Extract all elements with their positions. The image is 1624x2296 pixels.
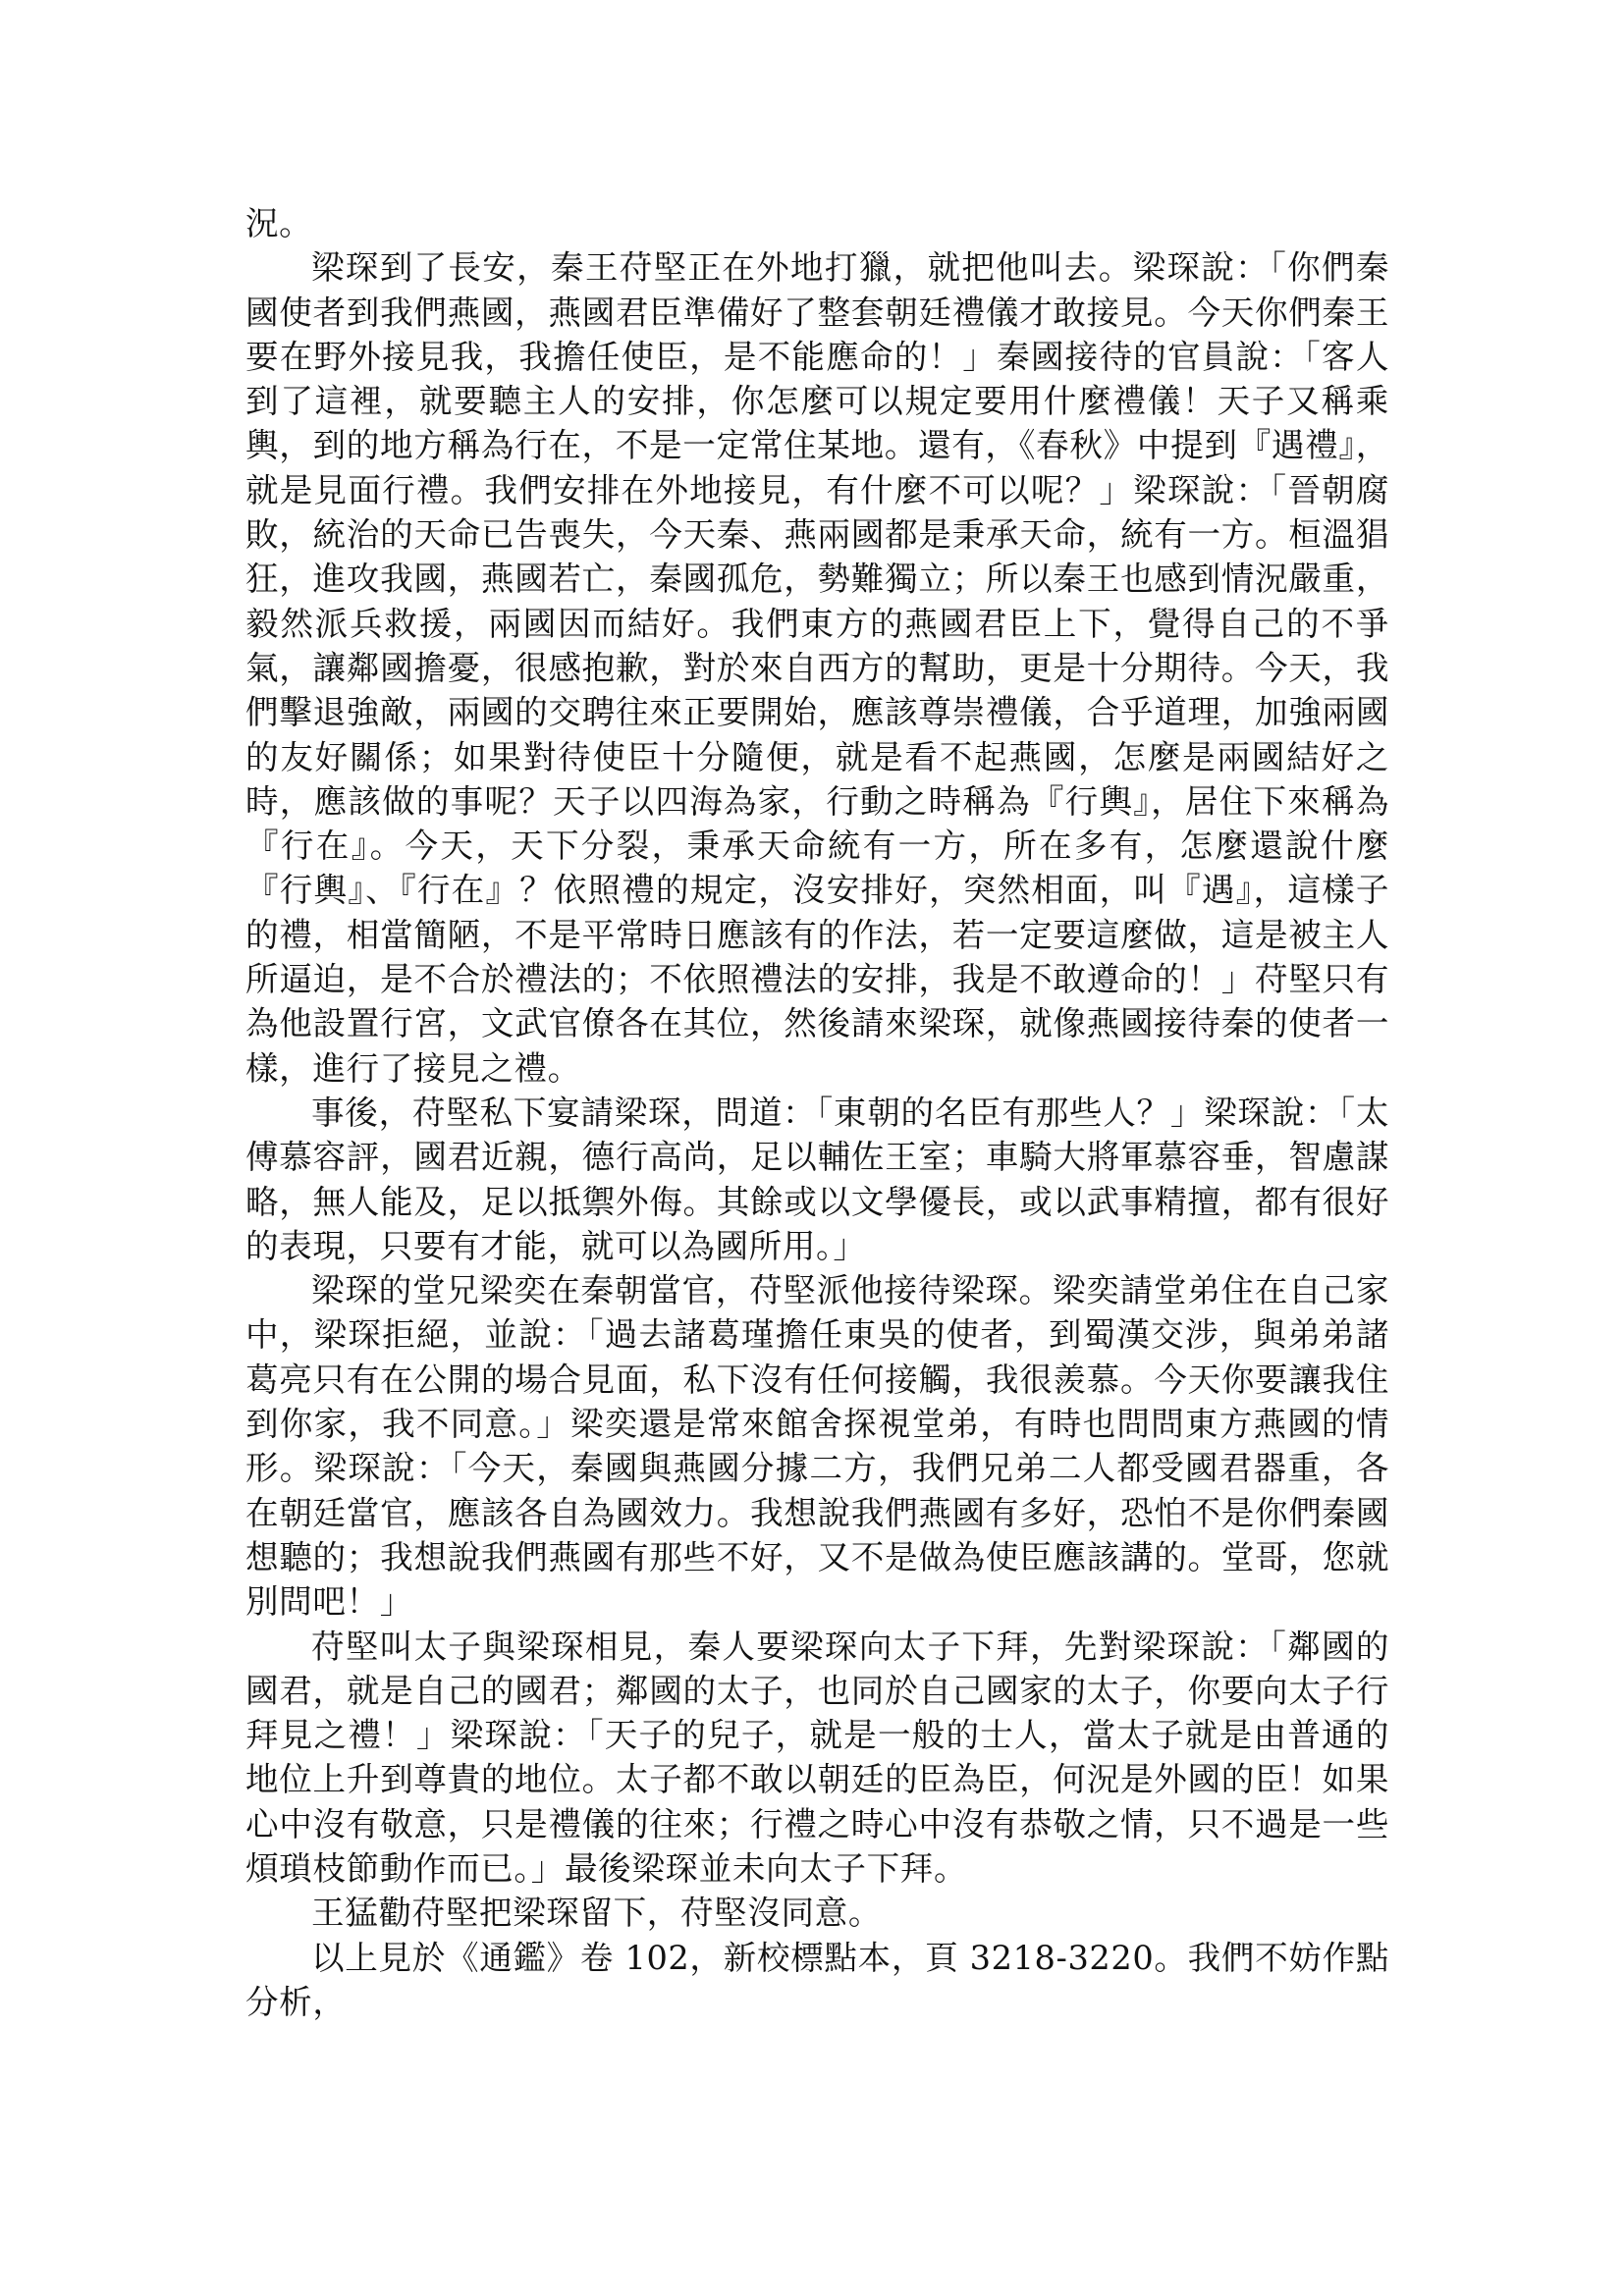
paragraph-liang-chen-arrives-changan: 梁琛到了長安，秦王苻堅正在外地打獵，就把他叫去。梁琛說：「你們秦國使者到我們燕國… — [245, 245, 1389, 1091]
paragraph-banquet-famous-ministers: 事後，苻堅私下宴請梁琛，問道：「東朝的名臣有那些人？」梁琛說：「太傅慕容評，國君… — [245, 1091, 1389, 1268]
paragraph-crown-prince-meeting: 苻堅叫太子與梁琛相見，秦人要梁琛向太子下拜，先對梁琛說：「鄰國的國君，就是自己的… — [245, 1625, 1389, 1892]
paragraph-cousin-liang-yi: 梁琛的堂兄梁奕在秦朝當官，苻堅派他接待梁琛。梁奕請堂弟住在自己家中，梁琛拒絕，並… — [245, 1268, 1389, 1624]
paragraph-continuation: 況。 — [245, 201, 1389, 245]
document-page: 況。 梁琛到了長安，秦王苻堅正在外地打獵，就把他叫去。梁琛說：「你們秦國使者到我… — [245, 201, 1389, 2024]
paragraph-source-citation: 以上見於《通鑑》卷 102，新校標點本，頁 3218-3220。我們不妨作點分析… — [245, 1936, 1389, 2025]
paragraph-wang-meng-advice: 王猛勸苻堅把梁琛留下，苻堅沒同意。 — [245, 1891, 1389, 1935]
